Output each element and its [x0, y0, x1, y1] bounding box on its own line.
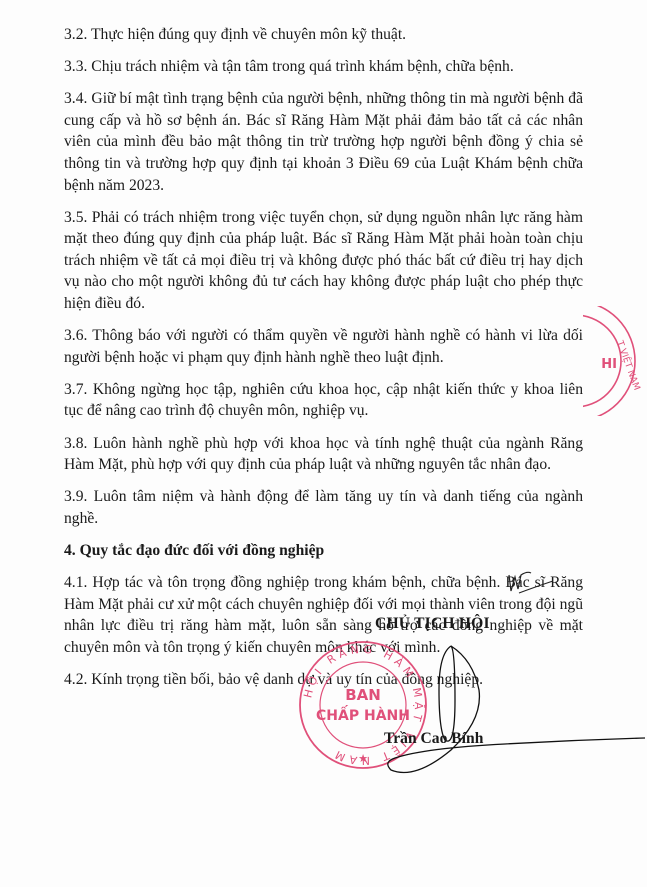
initials-mark [505, 569, 555, 597]
handwritten-signature [355, 640, 645, 780]
paragraph-3-5: 3.5. Phải có trách nhiệm trong việc tuyể… [64, 207, 583, 315]
paragraph-3-6: 3.6. Thông báo với người có thẩm quyền v… [64, 325, 583, 368]
paragraph-3-7: 3.7. Không ngừng học tập, nghiên cứu kho… [64, 379, 583, 422]
paragraph-3-2: 3.2. Thực hiện đúng quy định về chuyên m… [64, 24, 583, 46]
section-4-heading: 4. Quy tắc đạo đức đối với đồng nghiệp [64, 540, 583, 562]
paragraph-3-8: 3.8. Luôn hành nghề phù hợp với khoa học… [64, 433, 583, 476]
paragraph-3-3: 3.3. Chịu trách nhiệm và tận tâm trong q… [64, 56, 583, 78]
paragraph-3-4: 3.4. Giữ bí mật tình trạng bệnh của ngườ… [64, 88, 583, 196]
svg-text:IH: IH [601, 354, 617, 369]
signature-title: CHỦ TỊCH HỘI [375, 615, 490, 633]
paragraph-3-9: 3.9. Luôn tâm niệm và hành động để làm t… [64, 486, 583, 529]
svg-text:T VIỆT NAM: T VIỆT NAM [614, 338, 643, 392]
partial-stamp-right-edge: T VIỆT NAM IH [583, 306, 647, 416]
document-body: 3.2. Thực hiện đúng quy định về chuyên m… [64, 24, 583, 701]
signatory-name: Trần Cao Bính [384, 730, 483, 748]
